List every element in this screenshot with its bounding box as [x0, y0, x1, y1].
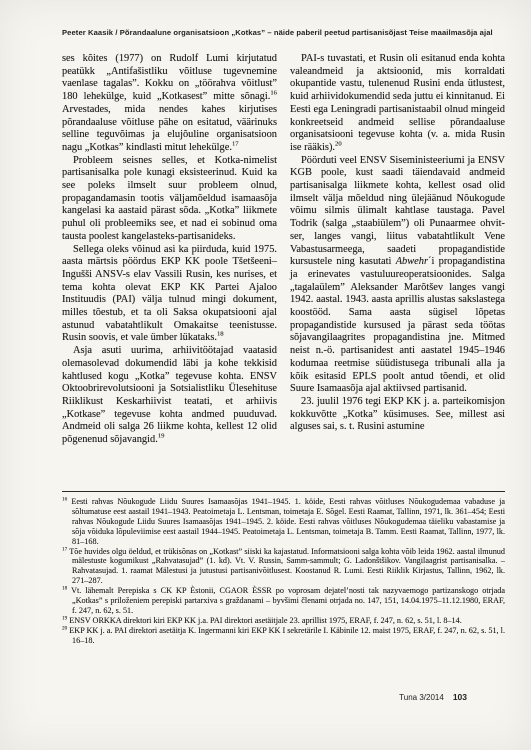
footnote-ref: 19 [158, 433, 165, 440]
footnote-number: 20 [62, 625, 67, 631]
footnote-separator [62, 491, 505, 492]
paragraph: Sellega oleks võinud asi ka piirduda, ku… [62, 244, 277, 346]
footnote: 18 Vt. lähemalt Perepiska s CK KP Èstoni… [62, 586, 505, 616]
paragraph: ses kõites (1977) on Rudolf Lumi kirjuta… [62, 53, 277, 155]
page-footer: Tuna 3/2014103 [399, 692, 467, 702]
paragraph: Asja asuti uurima, arhiivitöötajad vaata… [62, 345, 277, 447]
paragraph: PAI-s tuvastati, et Rusin oli esitanud e… [290, 53, 505, 155]
footnote: 19 ENSV ORKKA direktori kiri EKP KK j.a.… [62, 616, 505, 626]
footnote: 17 Tõe huvides olgu öeldud, et trükisõna… [62, 547, 505, 587]
article-body: ses kõites (1977) on Rudolf Lumi kirjuta… [62, 53, 505, 447]
text-column-right: PAI-s tuvastati, et Rusin oli esitanud e… [290, 53, 505, 447]
italic-term: Abwehr [396, 256, 428, 267]
paragraph: Probleem seisnes selles, et Kotka-nime­l… [62, 155, 277, 244]
journal-issue: Tuna 3/2014 [399, 693, 444, 702]
page-number: 103 [453, 692, 467, 702]
footnote-number: 16 [62, 496, 67, 502]
footnote-ref: 17 [232, 140, 239, 147]
footnote-number: 18 [62, 585, 67, 591]
text-column-left: ses kõites (1977) on Rudolf Lumi kirjuta… [62, 53, 277, 447]
footnote-ref: 16 [270, 90, 277, 97]
paragraph: 23. juulil 1976 tegi EKP KK j. a. partei… [290, 396, 505, 434]
footnote-number: 19 [62, 615, 67, 621]
footnotes: 16 Eesti rahvas Nõukogude Liidu Suures I… [62, 497, 505, 646]
document-page: Peeter Kaasik / Põrandaalune organisatsi… [0, 0, 531, 750]
running-header: Peeter Kaasik / Põrandaalune organisatsi… [62, 28, 505, 37]
footnote: 16 Eesti rahvas Nõukogude Liidu Suures I… [62, 497, 505, 547]
footnote-number: 17 [62, 546, 67, 552]
footnote-ref: 20 [335, 140, 342, 147]
paragraph: Pöörduti veel ENSV Siseministeeriumi ja … [290, 155, 505, 396]
footnote-ref: 18 [217, 331, 224, 338]
footnote: 20 EKP KK j. a. PAI direktori asetäitja … [62, 626, 505, 646]
